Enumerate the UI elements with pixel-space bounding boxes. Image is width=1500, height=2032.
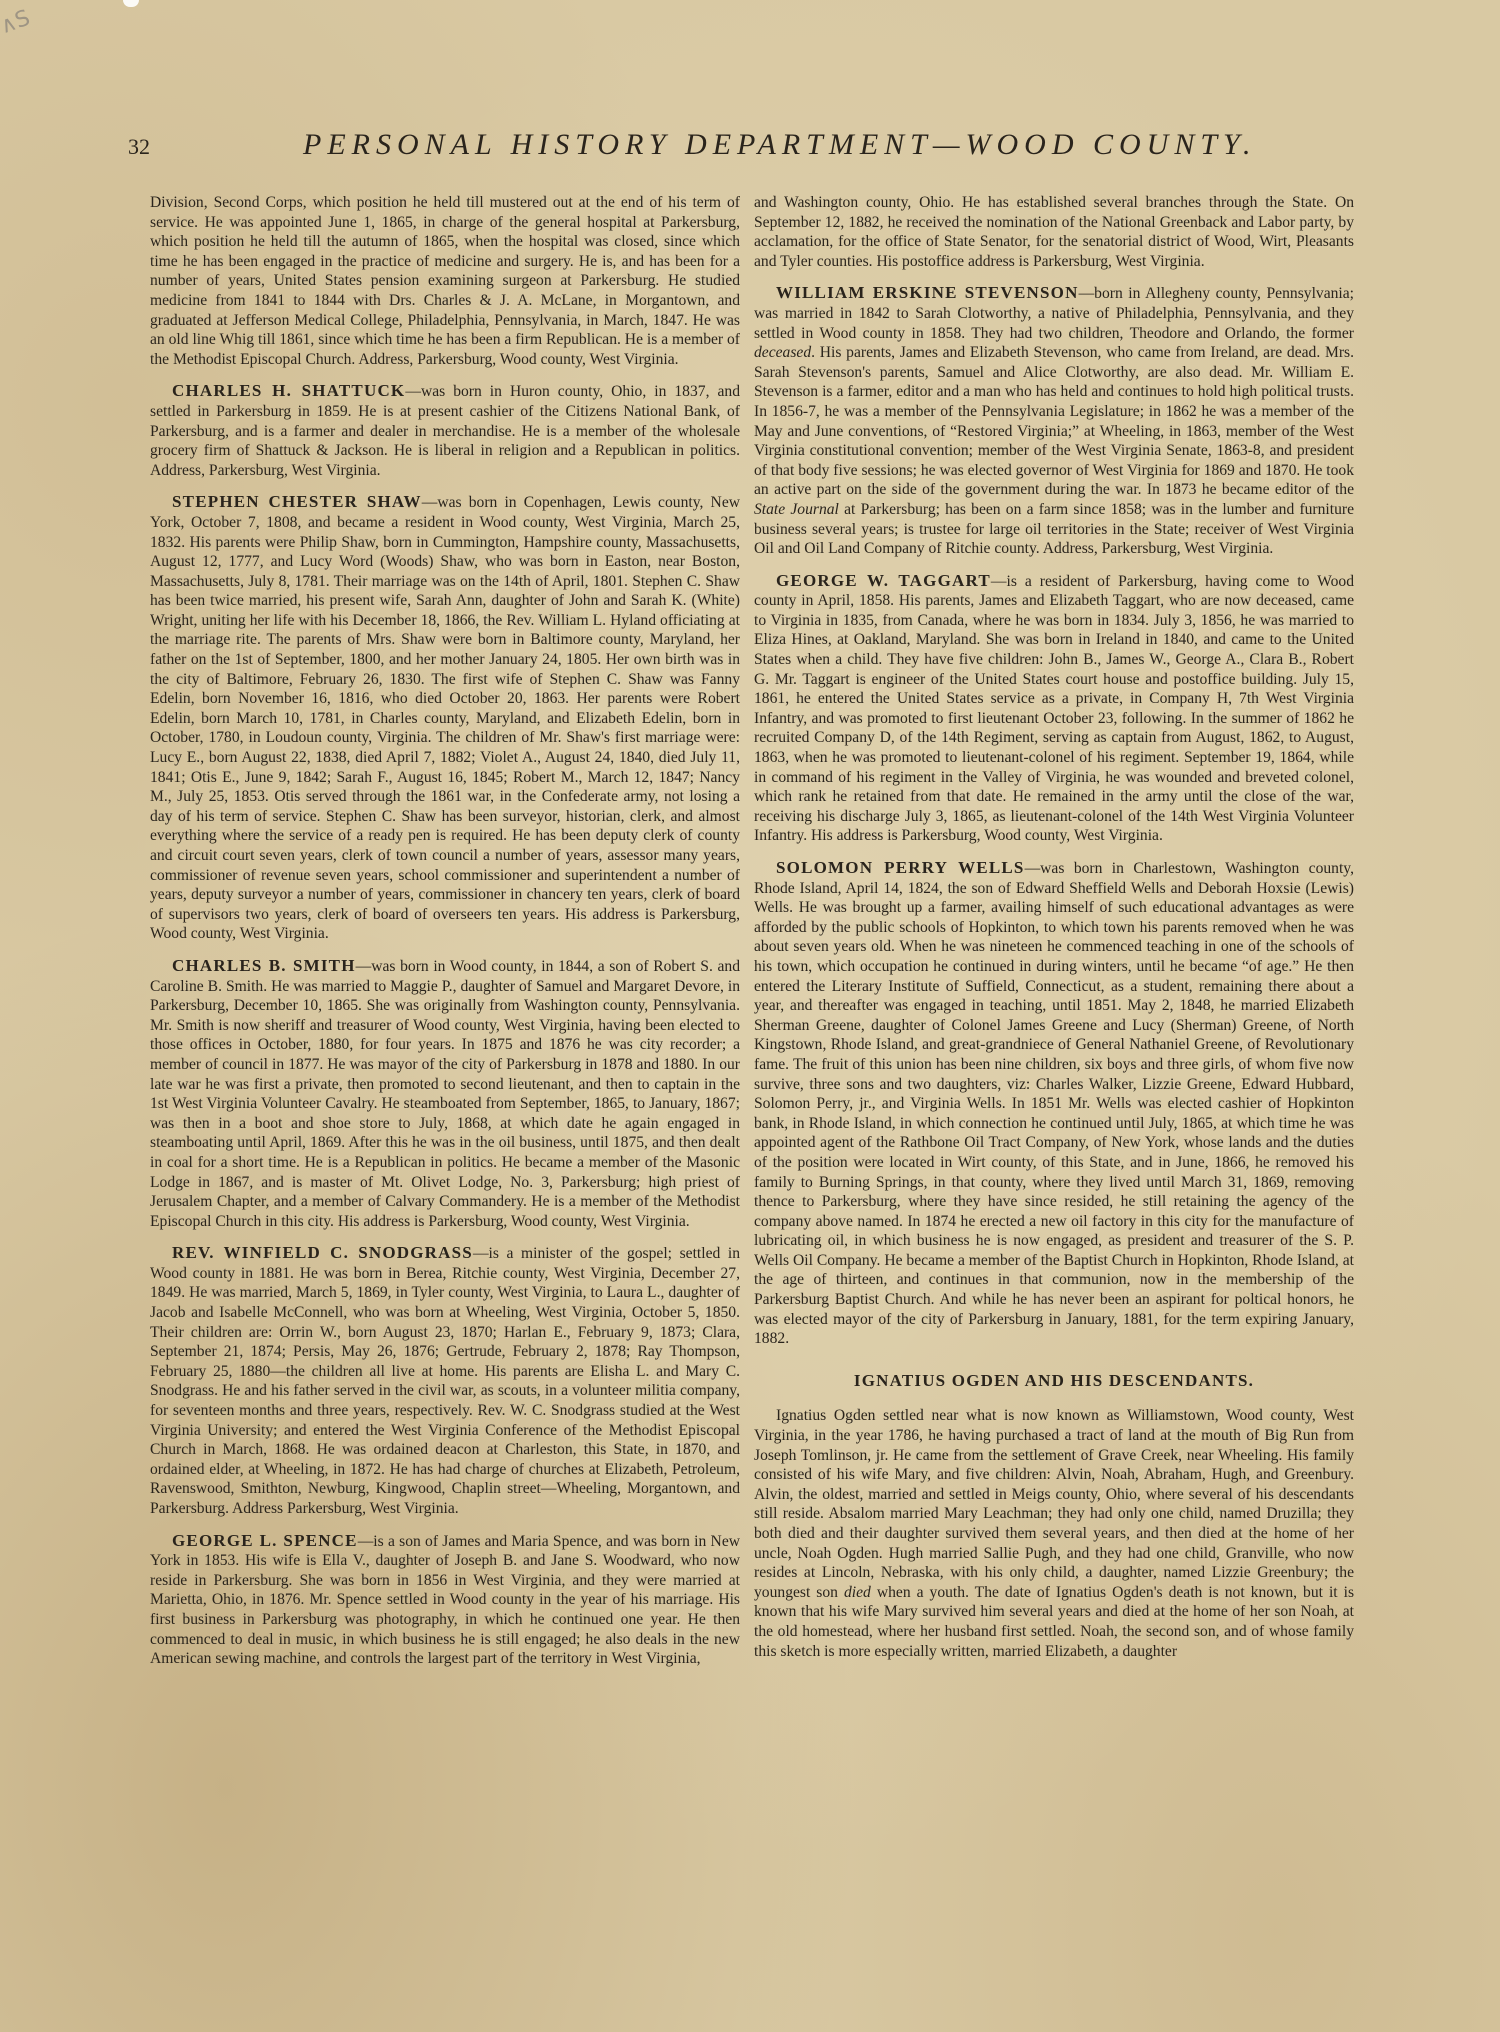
bio-entry-snodgrass: REV. WINFIELD C. SNODGRASS—is a minister… xyxy=(150,1243,740,1518)
section-heading: IGNATIUS OGDEN AND HIS DESCENDANTS. xyxy=(754,1371,1354,1391)
entry-text: —is a resident of Parkersburg, having co… xyxy=(754,573,1354,845)
entry-name: CHARLES B. SMITH xyxy=(172,956,356,975)
continued-entry: Division, Second Corps, which position h… xyxy=(150,193,740,369)
entry-name: STEPHEN CHESTER SHAW xyxy=(172,492,422,511)
bio-entry-stevenson: WILLIAM ERSKINE STEVENSON—born in Allegh… xyxy=(754,283,1354,558)
bio-entry-spence: GEORGE L. SPENCE—is a son of James and M… xyxy=(150,1531,740,1669)
bio-entry-wells: SOLOMON PERRY WELLS—was born in Charlest… xyxy=(754,858,1354,1349)
section-body: Ignatius Ogden settled near what is now … xyxy=(754,1406,1354,1661)
entry-name: GEORGE W. TAGGART xyxy=(776,571,991,590)
entry-text: . His parents, James and Elizabeth Steve… xyxy=(754,344,1354,498)
entry-name: WILLIAM ERSKINE STEVENSON xyxy=(776,283,1079,302)
bio-entry-taggart: GEORGE W. TAGGART—is a resident of Parke… xyxy=(754,571,1354,846)
entry-text: —was born in Charlestown, Washington cou… xyxy=(754,860,1354,1347)
entry-text: —is a minister of the gospel; settled in… xyxy=(150,1245,740,1517)
entry-name: GEORGE L. SPENCE xyxy=(172,1531,358,1550)
entry-name: REV. WINFIELD C. SNODGRASS xyxy=(172,1243,473,1262)
entry-text: Division, Second Corps, which position h… xyxy=(150,193,740,369)
entry-text: —is a son of James and Maria Spence, and… xyxy=(150,1533,740,1668)
entry-name: CHARLES H. SHATTUCK xyxy=(172,381,405,400)
margin-pencil-note: ∧S xyxy=(0,6,33,40)
document-page: ∧S 32 PERSONAL HISTORY DEPARTMENT—WOOD C… xyxy=(0,0,1500,2032)
page-number: 32 xyxy=(128,134,150,160)
right-column: and Washington county, Ohio. He has esta… xyxy=(754,193,1354,1673)
bio-entry-shaw: STEPHEN CHESTER SHAW—was born in Copenha… xyxy=(150,492,740,944)
scan-glare xyxy=(123,0,139,7)
bio-entry-smith: CHARLES B. SMITH—was born in Wood county… xyxy=(150,956,740,1231)
entry-text: Ignatius Ogden settled near what is now … xyxy=(754,1407,1354,1600)
italic-text: deceased xyxy=(754,344,811,361)
italic-text: died xyxy=(844,1584,871,1601)
entry-text: —was born in Wood county, in 1844, a son… xyxy=(150,958,740,1230)
entry-text: at Parkersburg; has been on a farm since… xyxy=(754,501,1354,557)
left-column: Division, Second Corps, which position h… xyxy=(150,193,740,1681)
bio-entry-shattuck: CHARLES H. SHATTUCK—was born in Huron co… xyxy=(150,381,740,480)
continued-entry: and Washington county, Ohio. He has esta… xyxy=(754,193,1354,271)
running-title: PERSONAL HISTORY DEPARTMENT—WOOD COUNTY. xyxy=(303,128,1256,162)
entry-text: and Washington county, Ohio. He has esta… xyxy=(754,193,1354,271)
entry-text: —was born in Copenhagen, Lewis county, N… xyxy=(150,494,740,942)
italic-text: State Journal xyxy=(754,501,839,518)
entry-name: SOLOMON PERRY WELLS xyxy=(776,858,1025,877)
page-header: 32 PERSONAL HISTORY DEPARTMENT—WOOD COUN… xyxy=(128,128,1368,168)
